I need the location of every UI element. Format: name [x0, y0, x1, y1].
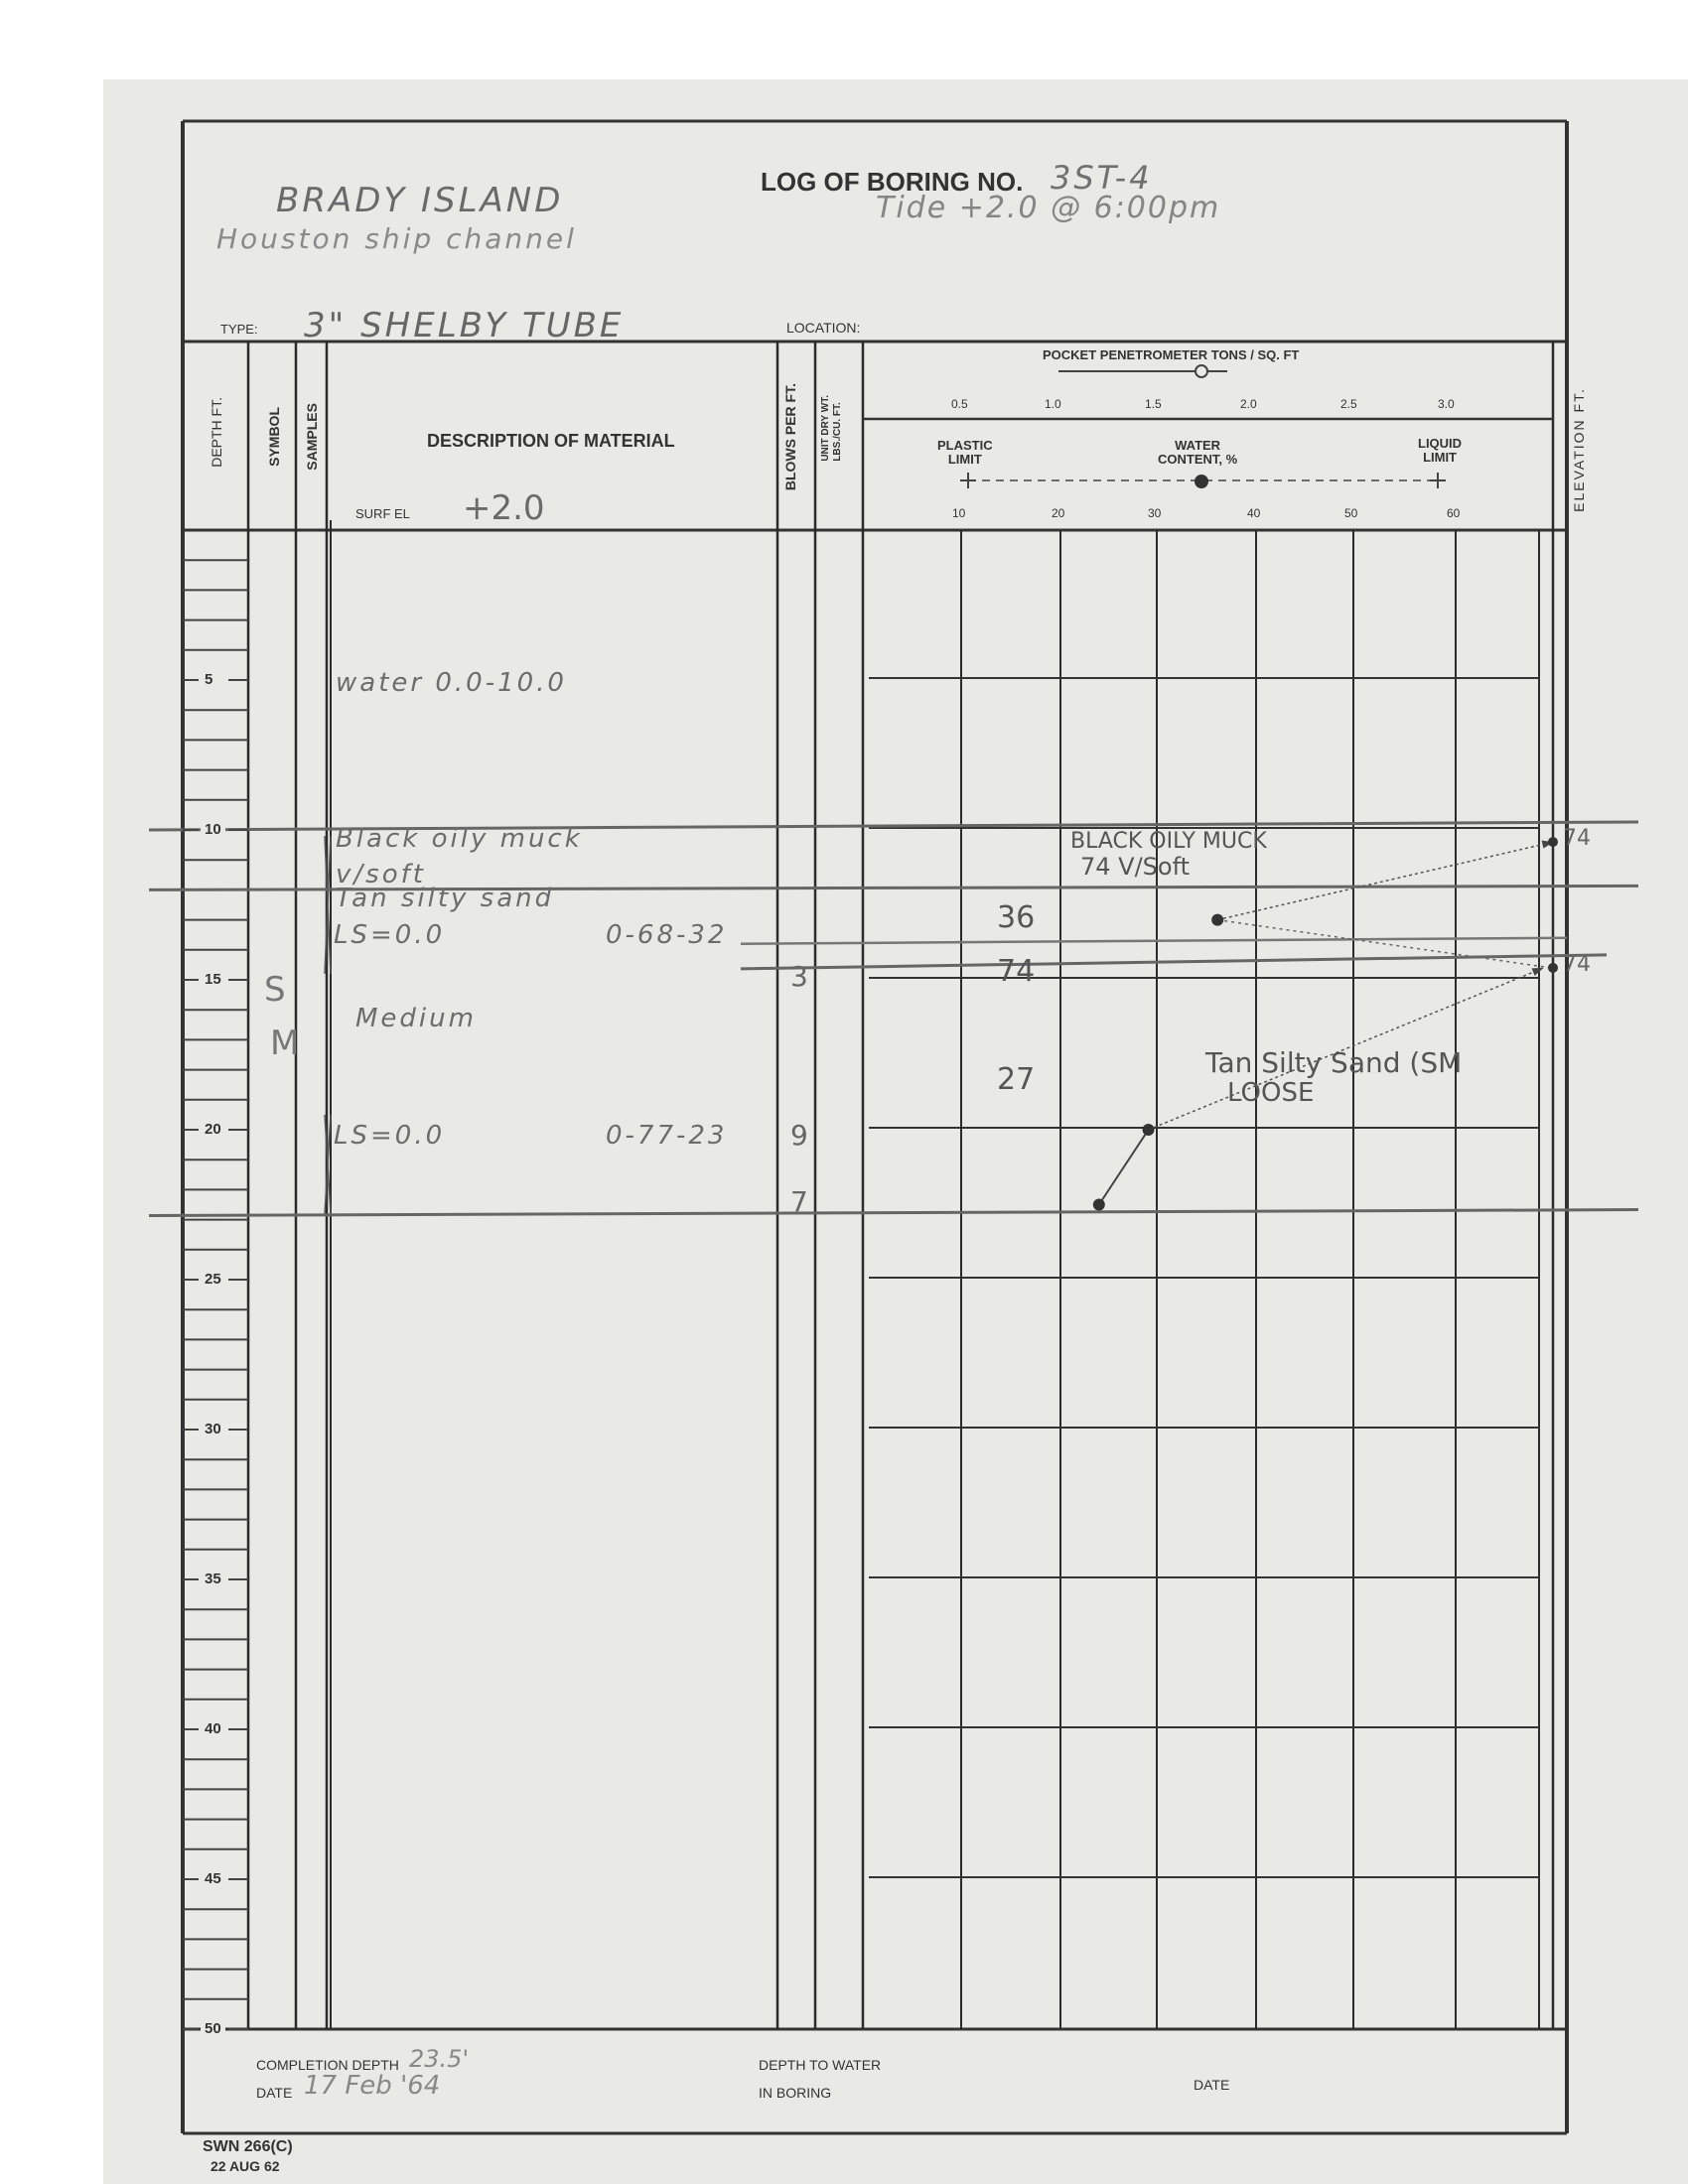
description-text: 0-68-32	[606, 920, 727, 950]
water-content-line2: CONTENT, %	[1158, 452, 1237, 467]
water-content-point	[1143, 1124, 1155, 1136]
penetrometer-marker	[1196, 365, 1207, 377]
plastic-limit-label: PLASTICLIMIT	[937, 439, 993, 467]
description-text: LS=0.0	[334, 1121, 445, 1151]
tide-note: Tide +2.0 @ 6:00pm	[876, 191, 1220, 225]
penetrometer-tick-label: 0.5	[951, 397, 968, 411]
plastic-limit-line1: PLASTIC	[937, 438, 993, 453]
muck-label: BLACK OILY MUCK	[1070, 829, 1267, 854]
penetrometer-tick-label: 1.0	[1045, 397, 1061, 411]
depth-label: 40	[201, 1720, 225, 1737]
water-content-label: WATERCONTENT, %	[1158, 439, 1237, 467]
depth-label: 20	[201, 1121, 225, 1138]
date2-label: DATE	[1194, 2077, 1229, 2093]
written-water-content: 74	[997, 954, 1035, 989]
penetrometer-title: POCKET PENETROMETER TONS / SQ. FT	[1043, 347, 1299, 362]
description-text: Tan silty sand	[336, 884, 554, 913]
depth-label: 35	[201, 1570, 225, 1587]
uscs-symbol: S	[264, 970, 286, 1010]
water-content-tick-label: 50	[1344, 506, 1357, 520]
type-label: TYPE:	[220, 322, 258, 337]
unit-wt-column-header: UNIT DRY WT.LBS./CU. FT.	[820, 395, 844, 462]
liquid-limit-line1: LIQUID	[1418, 436, 1462, 451]
depth-label: 30	[201, 1421, 225, 1437]
strata-line	[149, 1210, 1638, 1216]
sand-label: LOOSE	[1227, 1078, 1314, 1108]
description-text: LS=0.0	[334, 920, 445, 950]
written-water-content: 36	[997, 900, 1035, 935]
plastic-limit-line2: LIMIT	[948, 452, 982, 467]
depth-label: 10	[201, 821, 225, 838]
liquid-limit-line2: LIMIT	[1423, 450, 1457, 465]
depth-label: 25	[201, 1271, 225, 1288]
water-content-tick-label: 40	[1247, 506, 1260, 520]
surf-el-label: SURF EL	[355, 506, 410, 521]
liquid-limit-label: LIQUIDLIMIT	[1418, 437, 1462, 465]
annotation-arrow	[1217, 842, 1553, 920]
strata-line	[741, 955, 1607, 969]
form-date: 22 AUG 62	[211, 2158, 280, 2174]
blow-count: 7	[790, 1185, 808, 1218]
water-content-tick-label: 10	[952, 506, 965, 520]
depth-label: 50	[201, 2020, 225, 2037]
water-content-tick-label: 30	[1148, 506, 1161, 520]
description-text: 0-77-23	[606, 1121, 727, 1151]
water-content-dot	[1195, 475, 1208, 488]
water-content-point	[1093, 1199, 1105, 1211]
date-label: DATE	[256, 2085, 292, 2101]
penetrometer-tick-label: 2.0	[1240, 397, 1257, 411]
symbol-column-header: SYMBOL	[266, 407, 282, 467]
uscs-symbol: M	[270, 1024, 299, 1063]
blow-count: 9	[790, 1119, 808, 1152]
description-column-header: DESCRIPTION OF MATERIAL	[427, 431, 675, 452]
elevation-value: 74	[1563, 952, 1591, 977]
elevation-point	[1548, 963, 1558, 973]
depth-to-water-label: DEPTH TO WATER	[759, 2057, 881, 2073]
penetrometer-tick-label: 3.0	[1438, 397, 1455, 411]
blow-count: 3	[790, 960, 808, 993]
project-location: Houston ship channel	[216, 222, 577, 255]
water-content-tick-label: 20	[1052, 506, 1064, 520]
date-value: 17 Feb '64	[304, 2071, 440, 2101]
depth-column-header: DEPTH FT.	[209, 397, 224, 468]
elevation-point	[1548, 837, 1558, 847]
sand-label: Tan Silty Sand (SM	[1205, 1046, 1462, 1079]
unit-wt-line1: UNIT DRY WT.	[820, 395, 831, 462]
water-content-line	[1099, 1130, 1149, 1205]
type-value: 3" SHELBY TUBE	[304, 306, 624, 345]
arrowhead-icon	[1532, 968, 1544, 976]
water-content-line1: WATER	[1175, 438, 1220, 453]
elevation-column-header: ELEVATION FT.	[1571, 387, 1587, 512]
form-number: SWN 266(C)	[203, 2138, 293, 2156]
written-water-content: 27	[997, 1062, 1035, 1097]
depth-label: 45	[201, 1870, 225, 1887]
strata-line	[741, 938, 1567, 944]
unit-wt-line2: LBS./CU. FT.	[832, 402, 843, 461]
water-content-tick-label: 60	[1447, 506, 1460, 520]
description-text: water 0.0-10.0	[336, 668, 567, 698]
depth-label: 15	[201, 971, 225, 988]
blows-column-header: BLOWS PER FT.	[782, 383, 798, 490]
penetrometer-tick-label: 1.5	[1145, 397, 1162, 411]
muck-label: 74 V/Soft	[1080, 853, 1190, 881]
penetrometer-tick-label: 2.5	[1340, 397, 1357, 411]
completion-depth-value: 23.5'	[409, 2045, 469, 2073]
description-text: Black oily muck	[336, 824, 583, 854]
project-name: BRADY ISLAND	[276, 181, 563, 220]
water-content-point	[1211, 914, 1223, 926]
description-text: Medium	[355, 1004, 477, 1033]
elevation-value: 74	[1563, 826, 1591, 851]
samples-column-header: SAMPLES	[304, 403, 320, 471]
surf-el-value: +2.0	[463, 488, 545, 528]
depth-label: 5	[201, 671, 216, 688]
location-label: LOCATION:	[786, 320, 860, 336]
in-boring-label: IN BORING	[759, 2085, 831, 2101]
